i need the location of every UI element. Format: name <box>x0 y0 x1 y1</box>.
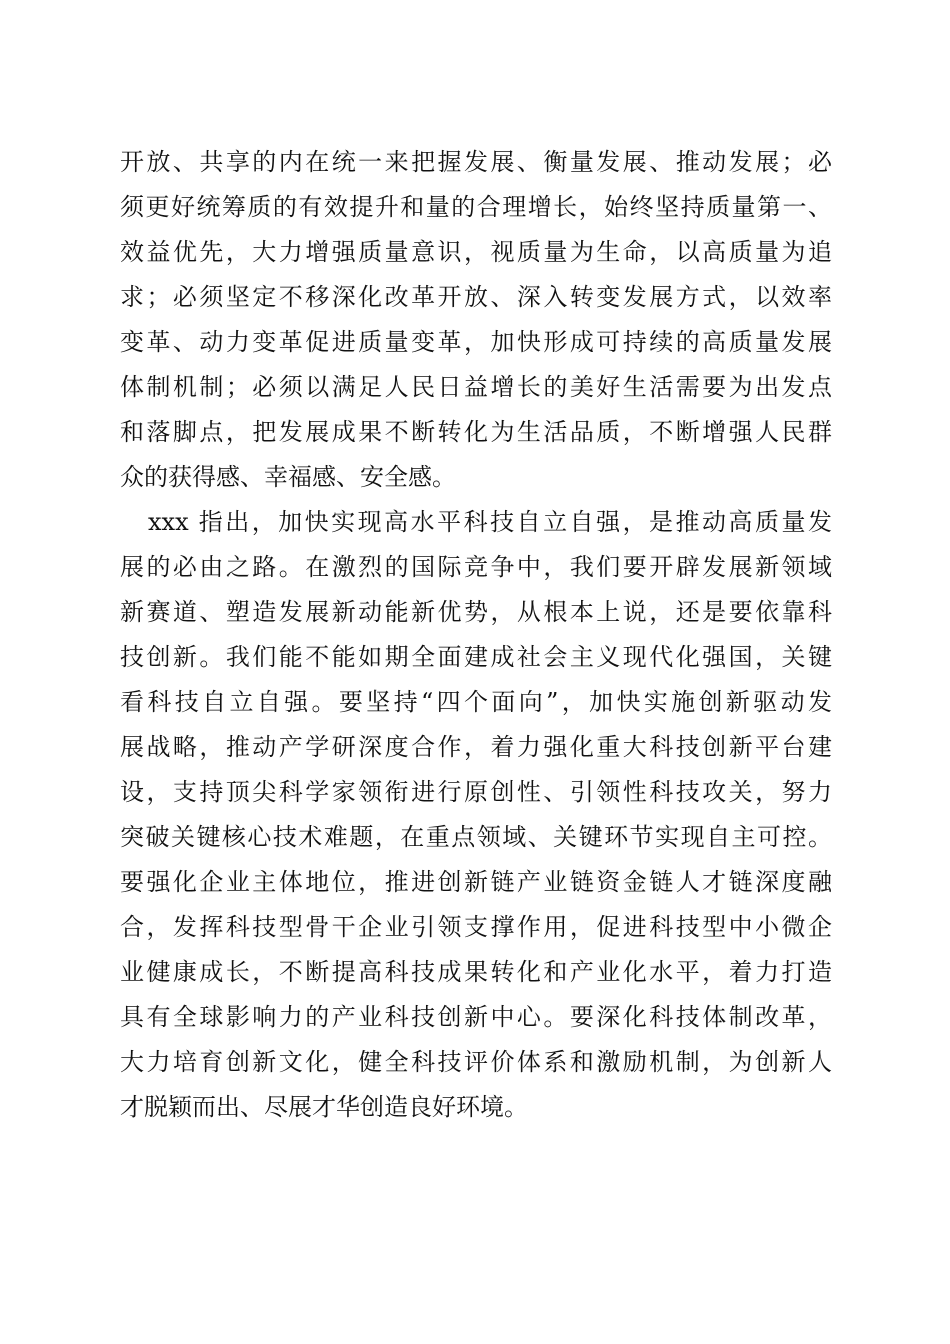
text-line: 合，发挥科技型骨干企业引领支撑作用，促进科技型中小微企 <box>120 905 832 950</box>
text-line: 业健康成长，不断提高科技成果转化和产业化水平，着力打造 <box>120 950 832 995</box>
text-line: 设，支持顶尖科学家领衔进行原创性、引领性科技攻关，努力 <box>120 770 832 815</box>
text-line: 众的获得感、幸福感、安全感。 <box>120 455 832 500</box>
text-line: 和落脚点，把发展成果不断转化为生活品质，不断增强人民群 <box>120 410 832 455</box>
text-line: 效益优先，大力增强质量意识，视质量为生命，以高质量为追 <box>120 230 832 275</box>
text-line: 要强化企业主体地位，推进创新链产业链资金链人才链深度融 <box>120 860 832 905</box>
text-line: 开放、共享的内在统一来把握发展、衡量发展、推动发展；必 <box>120 140 832 185</box>
paragraph-tech-self-reliance: xxx 指出，加快实现高水平科技自立自强，是推动高质量发 展的必由之路。在激烈的… <box>120 500 832 1130</box>
text-line: 突破关键核心技术难题，在重点领域、关键环节实现自主可控。 <box>120 815 832 860</box>
paragraph-quality-development: 开放、共享的内在统一来把握发展、衡量发展、推动发展；必 须更好统筹质的有效提升和… <box>120 140 832 500</box>
text-line: 看科技自立自强。要坚持“四个面向”，加快实施创新驱动发 <box>120 680 832 725</box>
text-line: 才脱颖而出、尽展才华创造良好环境。 <box>120 1085 832 1130</box>
text-line: xxx 指出，加快实现高水平科技自立自强，是推动高质量发 <box>120 500 832 545</box>
text-line: 体制机制；必须以满足人民日益增长的美好生活需要为出发点 <box>120 365 832 410</box>
text-line: 技创新。我们能不能如期全面建成社会主义现代化强国，关键 <box>120 635 832 680</box>
document-body: 开放、共享的内在统一来把握发展、衡量发展、推动发展；必 须更好统筹质的有效提升和… <box>120 140 832 1130</box>
text-line: 具有全球影响力的产业科技创新中心。要深化科技体制改革， <box>120 995 832 1040</box>
text-line: 变革、动力变革促进质量变革，加快形成可持续的高质量发展 <box>120 320 832 365</box>
text-line: 求；必须坚定不移深化改革开放、深入转变发展方式，以效率 <box>120 275 832 320</box>
text-line: 大力培育创新文化，健全科技评价体系和激励机制，为创新人 <box>120 1040 832 1085</box>
text-line: 须更好统筹质的有效提升和量的合理增长，始终坚持质量第一、 <box>120 185 832 230</box>
text-line: 展的必由之路。在激烈的国际竞争中，我们要开辟发展新领域 <box>120 545 832 590</box>
text-line: 展战略，推动产学研深度合作，着力强化重大科技创新平台建 <box>120 725 832 770</box>
document-page: 开放、共享的内在统一来把握发展、衡量发展、推动发展；必 须更好统筹质的有效提升和… <box>0 0 950 1344</box>
text-line: 新赛道、塑造发展新动能新优势，从根本上说，还是要依靠科 <box>120 590 832 635</box>
